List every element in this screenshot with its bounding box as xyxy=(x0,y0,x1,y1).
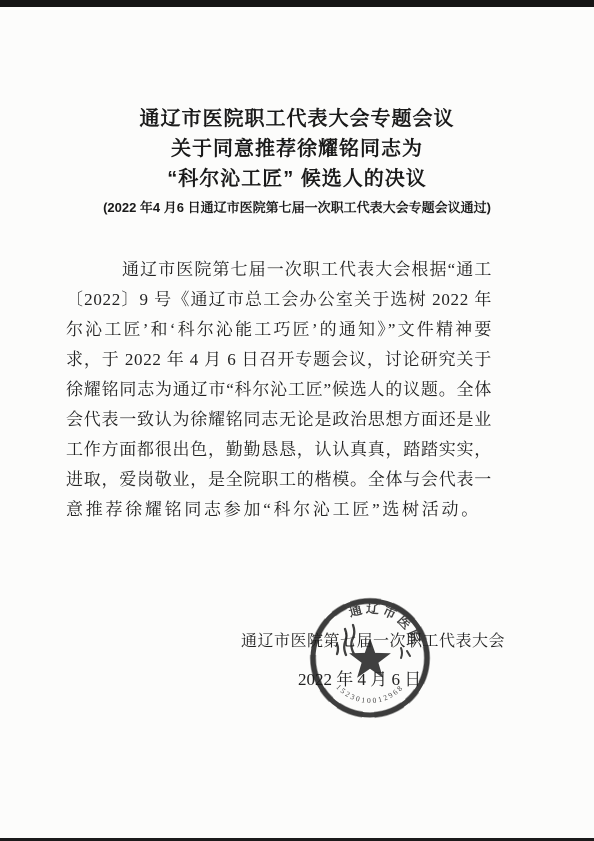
body-line: 通辽市医院第七届一次职工代表大会根据“通工办发 xyxy=(66,255,492,285)
document-title: 通辽市医院职工代表大会专题会议 关于同意推荐徐耀铭同志为 “科尔沁工匠” 候选人… xyxy=(0,0,594,194)
body-line: 〔2022〕9 号《通辽市总工会办公室关于选树 2022 年度‘科 xyxy=(66,285,492,315)
seal-side-marks xyxy=(401,648,410,658)
body-line: 会代表一致认为徐耀铭同志无论是政治思想方面还是业务 xyxy=(66,405,492,435)
body-line: 工作方面都很出色，勤勤恳恳，认认真真，踏踏实实，积极 xyxy=(66,435,492,465)
body-line: 意推荐徐耀铭同志参加“科尔沁工匠”选树活动。 xyxy=(66,495,492,525)
title-line-3: “科尔沁工匠” 候选人的决议 xyxy=(0,164,594,194)
seal-serial-number: 1523010012968 xyxy=(334,682,405,705)
seal-arc-text: 通辽市医院 xyxy=(347,601,425,649)
title-line-2: 关于同意推荐徐耀铭同志为 xyxy=(0,134,594,164)
body-line: 进取，爱岗敬业，是全院职工的楷模。全体与会代表一致同 xyxy=(66,465,492,495)
mongolian-script-marks xyxy=(337,625,354,655)
adoption-note: (2022 年4 月6 日通辽市医院第七届一次职工代表大会专题会议通过) xyxy=(0,196,594,220)
body-line: 徐耀铭同志为通辽市“科尔沁工匠”候选人的议题。全体与 xyxy=(66,375,492,405)
body-line: 尔沁工匠’和‘科尔沁能工巧匠’的通知》”文件精神要 xyxy=(66,315,492,345)
scan-edge-top xyxy=(0,0,594,7)
document-page: 通辽市医院职工代表大会专题会议 关于同意推荐徐耀铭同志为 “科尔沁工匠” 候选人… xyxy=(0,0,594,841)
title-line-1: 通辽市医院职工代表大会专题会议 xyxy=(0,104,594,134)
resolution-body: 通辽市医院第七届一次职工代表大会根据“通工办发 〔2022〕9 号《通辽市总工会… xyxy=(66,255,492,525)
seal-star-icon xyxy=(349,638,391,678)
official-seal: 通辽市医院 1523010012968 xyxy=(308,596,432,720)
body-line: 求，于 2022 年 4 月 6 日召开专题会议，讨论研究关于推荐 xyxy=(66,345,492,375)
